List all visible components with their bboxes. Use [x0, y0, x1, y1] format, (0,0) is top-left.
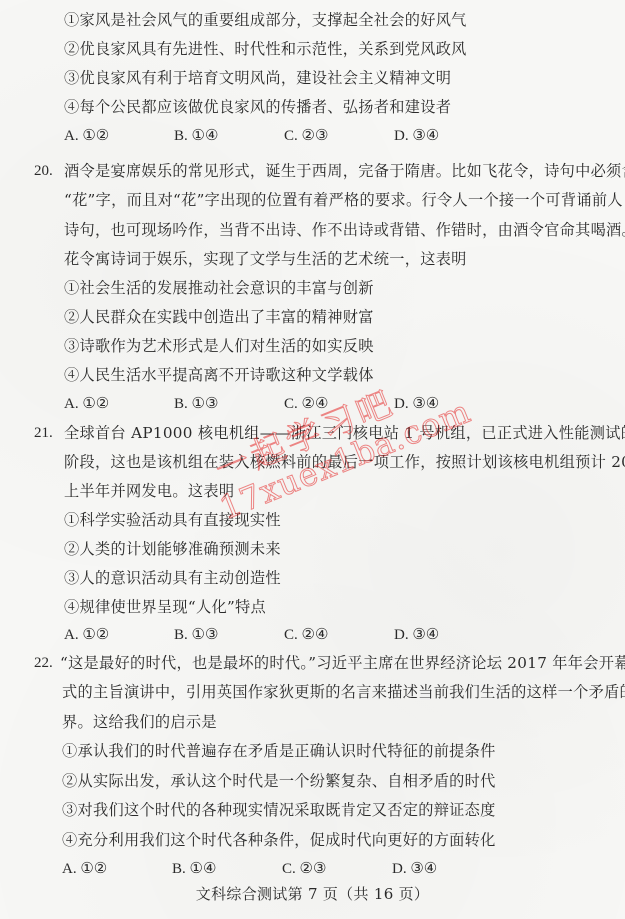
option-3: ③诗歌作为艺术形式是人们对生活的如实反映 [64, 336, 374, 356]
question-stem-line: 界。这给我们的启示是 [62, 712, 217, 732]
option-2: ②人类的计划能够准确预测未来 [64, 539, 281, 559]
answer-c: C. ②④ [284, 625, 328, 645]
option-2: ②人民群众在实践中创造出了丰富的精神财富 [64, 307, 374, 327]
answer-d: D. ③④ [394, 394, 439, 414]
question-number: 20. [34, 161, 53, 181]
option-2: ②优良家风具有先进性、时代性和示范性，关系到党风政风 [64, 39, 467, 59]
question-stem-line: 上半年并网发电。这表明 [64, 481, 234, 501]
question-number: 21. [34, 423, 53, 443]
answer-a: A. ①② [62, 859, 107, 879]
question-stem-line: “花”字，而且对“花”字出现的位置有着严格的要求。行令人一个接一个可背诵前人 [64, 190, 623, 210]
answer-c: C. ②④ [284, 394, 328, 414]
answer-c: C. ②③ [284, 126, 328, 146]
answer-d: D. ③④ [394, 625, 439, 645]
option-4: ④规律使世界呈现“人化”特点 [64, 597, 266, 617]
option-3: ③优良家风有利于培育文明风尚，建设社会主义精神文明 [64, 68, 451, 88]
answer-choices: A. ①② B. ①④ C. ②③ D. ③④ [62, 859, 482, 879]
option-4: ④充分利用我们这个时代各种条件，促成时代向更好的方面转化 [62, 830, 496, 850]
answer-d: D. ③④ [394, 126, 439, 146]
answer-a: A. ①② [64, 625, 109, 645]
answer-d: D. ③④ [392, 859, 437, 879]
page-footer: 文科综合测试第 7 页（共 16 页） [0, 884, 625, 904]
answer-c: C. ②③ [282, 859, 326, 879]
question-stem-line: 阶段，这也是该机组在装入核燃料前的最后一项工作，按照计划该核电机组预计 2017… [64, 452, 625, 472]
answer-b: B. ①③ [174, 394, 218, 414]
answer-choices: A. ①② B. ①③ C. ②④ D. ③④ [64, 625, 484, 645]
option-4: ④人民生活水平提高离不开诗歌这种文学载体 [64, 365, 374, 385]
answer-a: A. ①② [64, 394, 109, 414]
answer-b: B. ①④ [172, 859, 216, 879]
option-1: ①社会生活的发展推动社会意识的丰富与创新 [64, 278, 374, 298]
answer-choices: A. ①② B. ①③ C. ②④ D. ③④ [64, 394, 484, 414]
option-1: ①承认我们的时代普遍存在矛盾是正确认识时代特征的前提条件 [62, 741, 496, 761]
question-stem-line: 花令寓诗词于娱乐，实现了文学与生活的艺术统一，这表明 [64, 249, 467, 269]
option-3: ③人的意识活动具有主动创造性 [64, 568, 281, 588]
exam-page: ①家风是社会风气的重要组成部分，支撑起全社会的好风气 ②优良家风具有先进性、时代… [0, 0, 625, 919]
question-stem-line: 酒令是宴席娱乐的常见形式，诞生于西周，完备于隋唐。比如飞花令，诗句中必须含有 [64, 161, 625, 181]
answer-a: A. ①② [64, 126, 109, 146]
question-number: 22. [34, 653, 53, 673]
question-stem-line: 诗句，也可现场吟作，当背不出诗、作不出诗或背错、作错时，由酒令官命其喝酒。飞 [64, 220, 625, 240]
answer-choices: A. ①② B. ①④ C. ②③ D. ③④ [64, 126, 484, 146]
option-3: ③对我们这个时代的各种现实情况采取既肯定又否定的辩证态度 [62, 800, 496, 820]
option-1: ①家风是社会风气的重要组成部分，支撑起全社会的好风气 [64, 10, 467, 30]
option-1: ①科学实验活动具有直接现实性 [64, 510, 281, 530]
question-stem-line: 全球首台 AP1000 核电机组——浙江三门核电站 1 号机组，已正式进入性能测… [64, 423, 625, 443]
answer-b: B. ①④ [174, 126, 218, 146]
question-stem-line: “这是最好的时代，也是最坏的时代。”习近平主席在世界经济论坛 2017 年年会开… [60, 653, 625, 673]
answer-b: B. ①③ [174, 625, 218, 645]
option-4: ④每个公民都应该做优良家风的传播者、弘扬者和建设者 [64, 97, 451, 117]
option-2: ②从实际出发，承认这个时代是一个纷繁复杂、自相矛盾的时代 [62, 771, 496, 791]
question-stem-line: 式的主旨演讲中，引用英国作家狄更斯的名言来描述当前我们生活的这样一个矛盾的世 [62, 682, 625, 702]
